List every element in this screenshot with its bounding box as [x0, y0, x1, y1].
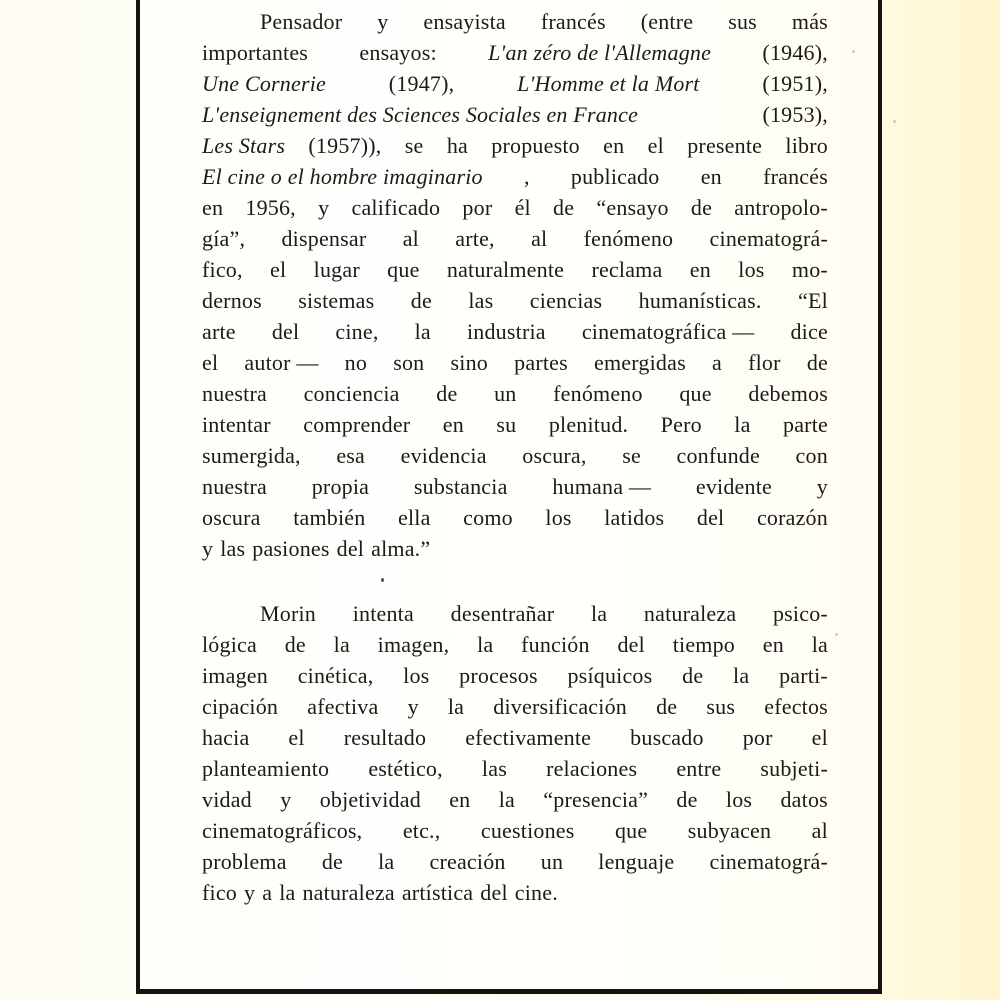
- word: vidad: [202, 784, 252, 815]
- word: (1946),: [762, 37, 828, 68]
- word: humana —: [552, 471, 651, 502]
- word: confunde: [677, 440, 760, 471]
- word: del: [697, 502, 724, 533]
- word: ensayista: [423, 6, 505, 37]
- word: autor —: [244, 347, 318, 378]
- paragraph-2: Morinintentadesentrañarlanaturalezapsico…: [202, 598, 828, 908]
- text-line: ylaspasionesdelalma.”: [202, 533, 828, 564]
- word: industria: [467, 316, 546, 347]
- word: arte,: [455, 223, 494, 254]
- word: naturaleza: [302, 877, 394, 908]
- word: “El: [798, 285, 828, 316]
- word: y: [244, 877, 255, 908]
- word: sino: [451, 347, 488, 378]
- word: con: [796, 440, 828, 471]
- word: ciencias: [530, 285, 602, 316]
- text-line: dernossistemasdelascienciashumanísticas.…: [202, 285, 828, 316]
- word: de: [682, 660, 703, 691]
- word: lenguaje: [598, 846, 674, 877]
- word: la: [378, 846, 394, 877]
- word: parti-: [779, 660, 828, 691]
- word: entre: [676, 753, 721, 784]
- word: en: [603, 130, 624, 161]
- word: la: [448, 691, 464, 722]
- word: procesos: [459, 660, 538, 691]
- word: datos: [780, 784, 827, 815]
- word: y: [280, 784, 291, 815]
- word: planteamiento: [202, 753, 329, 784]
- word: creación: [430, 846, 506, 877]
- word: corazón: [757, 502, 828, 533]
- word: de: [322, 846, 343, 877]
- word: (1951),: [762, 68, 828, 99]
- word: evidencia: [401, 440, 487, 471]
- word: fico: [202, 877, 237, 908]
- word: arte: [202, 316, 236, 347]
- word: en: [763, 629, 784, 660]
- word: en: [449, 784, 470, 815]
- word: que: [387, 254, 419, 285]
- text-line: planteamientoestético,lasrelacionesentre…: [202, 753, 828, 784]
- text-line: lógicadelaimagen,lafuncióndeltiempoenla: [202, 629, 828, 660]
- word: el: [270, 254, 286, 285]
- word: y: [408, 691, 419, 722]
- word: artística: [402, 877, 473, 908]
- word: reclama: [591, 254, 662, 285]
- word: psico-: [773, 598, 828, 629]
- paragraph-1: Pensadoryensayistafrancés(entresusmásimp…: [202, 6, 828, 564]
- word: a: [262, 877, 272, 908]
- word: fico,: [202, 254, 243, 285]
- word: pasiones: [252, 533, 329, 564]
- text-line: importantesensayos:L'an zéro de l'Allema…: [202, 37, 828, 68]
- word: por: [462, 192, 492, 223]
- word: subyacen: [688, 815, 771, 846]
- word: libro: [785, 130, 828, 161]
- word: sistemas: [298, 285, 374, 316]
- word: las: [468, 285, 493, 316]
- word: de: [285, 629, 306, 660]
- word: dice: [790, 316, 827, 347]
- word: son: [393, 347, 424, 378]
- italic-title-text: L'enseignement des Sciences Sociales en …: [202, 99, 638, 130]
- text-line: oscuratambiénellacomoloslatidosdelcorazó…: [202, 502, 828, 533]
- word: la: [734, 409, 750, 440]
- word: oscura: [202, 502, 261, 533]
- italic-title-text: El cine o el hombre imaginario: [202, 161, 483, 192]
- word: 1956,: [245, 192, 296, 223]
- word: los: [726, 784, 752, 815]
- word: psíquicos: [567, 660, 652, 691]
- word: evidente: [696, 471, 772, 502]
- word: en: [690, 254, 711, 285]
- word: la: [279, 877, 295, 908]
- word: ensayos:: [359, 37, 436, 68]
- word: los: [738, 254, 764, 285]
- word: del: [480, 877, 507, 908]
- word: problema: [202, 846, 287, 877]
- word: los: [403, 660, 429, 691]
- word: sus: [728, 6, 757, 37]
- text-line: imagencinética,losprocesospsíquicosdelap…: [202, 660, 828, 691]
- paper-stain: [852, 50, 855, 53]
- word: el: [288, 722, 304, 753]
- word: más: [792, 6, 828, 37]
- text-line: problemadelacreaciónunlenguajecinematogr…: [202, 846, 828, 877]
- word: flor: [748, 347, 781, 378]
- paper-stain: [835, 633, 838, 636]
- word: la: [477, 629, 493, 660]
- word: y: [377, 6, 388, 37]
- word: Pero: [661, 409, 702, 440]
- word: al: [403, 223, 419, 254]
- word: del: [617, 629, 644, 660]
- word: ,: [524, 161, 530, 192]
- word: gía”,: [202, 223, 245, 254]
- text-line: L'enseignement des Sciences Sociales en …: [202, 99, 828, 130]
- word: al: [531, 223, 547, 254]
- italic-title-text: Une Cornerie: [202, 68, 326, 99]
- word: afectiva: [307, 691, 378, 722]
- word: oscura,: [522, 440, 586, 471]
- word: cinematográficos,: [202, 815, 362, 846]
- text-line: haciaelresultadoefectivamentebuscadopore…: [202, 722, 828, 753]
- word: relaciones: [546, 753, 637, 784]
- word: humanísticas.: [639, 285, 762, 316]
- word: la: [591, 598, 607, 629]
- word: al: [812, 815, 828, 846]
- word: dernos: [202, 285, 262, 316]
- word: buscado: [630, 722, 704, 753]
- word: etc.,: [403, 815, 441, 846]
- word: la: [334, 629, 350, 660]
- word: función: [521, 629, 590, 660]
- italic-title-text: L'an zéro de l'Allemagne: [488, 37, 711, 68]
- word: “presencia”: [543, 784, 648, 815]
- word: emergidas: [594, 347, 686, 378]
- word: subjeti-: [760, 753, 828, 784]
- word: alma.”: [371, 533, 430, 564]
- word: nuestra: [202, 378, 267, 409]
- word: substancia: [414, 471, 508, 502]
- word: como: [463, 502, 513, 533]
- word: imagen,: [378, 629, 450, 660]
- word: no: [345, 347, 367, 378]
- italic-title-text: L'Homme et la Mort: [517, 68, 699, 99]
- word: efectos: [764, 691, 828, 722]
- text-line: sumergida,esaevidenciaoscura,seconfundec…: [202, 440, 828, 471]
- word: se: [622, 440, 641, 471]
- word: propuesto: [491, 130, 580, 161]
- paper-stain: [893, 120, 896, 123]
- word: de: [807, 347, 828, 378]
- word: los: [545, 502, 571, 533]
- word: cinematográfica —: [582, 316, 755, 347]
- word: sumergida,: [202, 440, 301, 471]
- text-line: en1956,ycalificadoporélde“ensayodeantrop…: [202, 192, 828, 223]
- text-line: artedelcine,laindustriacinematográfica —…: [202, 316, 828, 347]
- word: hacia: [202, 722, 249, 753]
- word: comprender: [303, 409, 410, 440]
- word: tiempo: [673, 629, 735, 660]
- word: y: [202, 533, 213, 564]
- word: de: [656, 691, 677, 722]
- word: la: [499, 784, 515, 815]
- word: esa: [336, 440, 365, 471]
- word: en: [202, 192, 223, 223]
- word: conciencia: [304, 378, 400, 409]
- word: resultado: [344, 722, 426, 753]
- word: en: [443, 409, 464, 440]
- text-line: intentarcomprenderensuplenitud.Perolapar…: [202, 409, 828, 440]
- text-line: Les Stars(1957)),sehapropuestoenelpresen…: [202, 130, 828, 161]
- word: su: [496, 409, 516, 440]
- italic-title-text: Les Stars: [202, 130, 285, 161]
- word: dispensar: [281, 223, 366, 254]
- text-line: nuestraconcienciadeunfenómenoquedebemos: [202, 378, 828, 409]
- word: ha: [447, 130, 468, 161]
- word: del: [272, 316, 299, 347]
- word: “ensayo: [596, 192, 668, 223]
- word: naturaleza: [644, 598, 736, 629]
- word: las: [482, 753, 507, 784]
- word: diversificación: [493, 691, 627, 722]
- word: nuestra: [202, 471, 267, 502]
- text-line: cinematográficos,etc.,cuestionesquesubya…: [202, 815, 828, 846]
- word: antropolo-: [734, 192, 828, 223]
- word: partes: [514, 347, 568, 378]
- word: parte: [783, 409, 828, 440]
- word: el: [812, 722, 828, 753]
- word: a: [712, 347, 722, 378]
- word: del: [337, 533, 364, 564]
- word: cinética,: [298, 660, 374, 691]
- word: un: [494, 378, 516, 409]
- word: él: [515, 192, 531, 223]
- text-line: El cine o el hombre imaginario,publicado…: [202, 161, 828, 192]
- ink-mark: [381, 578, 384, 582]
- word: de: [411, 285, 432, 316]
- word: lugar: [314, 254, 360, 285]
- word: cine,: [335, 316, 378, 347]
- word: en: [701, 161, 722, 192]
- word: y: [817, 471, 828, 502]
- word: de: [676, 784, 697, 815]
- word: la: [415, 316, 431, 347]
- word: calificado: [351, 192, 440, 223]
- word: efectivamente: [465, 722, 591, 753]
- word: el: [202, 347, 218, 378]
- word: lógica: [202, 629, 257, 660]
- word: Morin: [260, 598, 316, 629]
- word: Pensador: [260, 6, 342, 37]
- text-line: fico,ellugarquenaturalmentereclamaenlosm…: [202, 254, 828, 285]
- word: presente: [687, 130, 762, 161]
- word: (1947),: [389, 68, 455, 99]
- word: que: [615, 815, 647, 846]
- word: debemos: [748, 378, 828, 409]
- word: cinematográ-: [710, 223, 828, 254]
- word: cipación: [202, 691, 278, 722]
- word: importantes: [202, 37, 308, 68]
- word: estético,: [368, 753, 443, 784]
- word: objetividad: [320, 784, 421, 815]
- word: que: [679, 378, 711, 409]
- word: (1953),: [762, 99, 828, 130]
- word: publicado: [571, 161, 660, 192]
- text-line: vidadyobjetividadenla“presencia”delosdat…: [202, 784, 828, 815]
- word: las: [220, 533, 245, 564]
- word: (entre: [641, 6, 694, 37]
- word: cinematográ-: [710, 846, 828, 877]
- text-line: nuestrapropiasubstanciahumana —evidentey: [202, 471, 828, 502]
- word: de: [691, 192, 712, 223]
- word: se: [405, 130, 424, 161]
- word: francés: [541, 6, 606, 37]
- word: el: [648, 130, 664, 161]
- word: ella: [398, 502, 431, 533]
- word: la: [733, 660, 749, 691]
- text-line: cipaciónafectivayladiversificacióndesuse…: [202, 691, 828, 722]
- word: de: [436, 378, 457, 409]
- text-line: Une Cornerie(1947),L'Homme et la Mort(19…: [202, 68, 828, 99]
- word: propia: [312, 471, 369, 502]
- word: (1957)),: [308, 130, 381, 161]
- word: y: [318, 192, 329, 223]
- word: también: [293, 502, 365, 533]
- word: francés: [763, 161, 828, 192]
- word: mo-: [792, 254, 828, 285]
- word: un: [541, 846, 563, 877]
- word: intentar: [202, 409, 271, 440]
- word: sus: [706, 691, 735, 722]
- text-line: Pensadoryensayistafrancés(entresusmás: [202, 6, 828, 37]
- text-line: ficoyalanaturalezaartísticadelcine.: [202, 877, 828, 908]
- text-line: gía”,dispensaralarte,alfenómenocinematog…: [202, 223, 828, 254]
- text-line: Morinintentadesentrañarlanaturalezapsico…: [202, 598, 828, 629]
- word: plenitud.: [549, 409, 628, 440]
- word: naturalmente: [447, 254, 564, 285]
- word: intenta: [353, 598, 414, 629]
- word: de: [553, 192, 574, 223]
- word: cuestiones: [481, 815, 575, 846]
- word: cine.: [515, 877, 558, 908]
- text-line: elautor —nosonsinopartesemergidasaflorde: [202, 347, 828, 378]
- word: desentrañar: [451, 598, 555, 629]
- word: fenómeno: [584, 223, 674, 254]
- word: la: [812, 629, 828, 660]
- word: latidos: [604, 502, 664, 533]
- word: por: [743, 722, 773, 753]
- word: imagen: [202, 660, 268, 691]
- word: fenómeno: [553, 378, 643, 409]
